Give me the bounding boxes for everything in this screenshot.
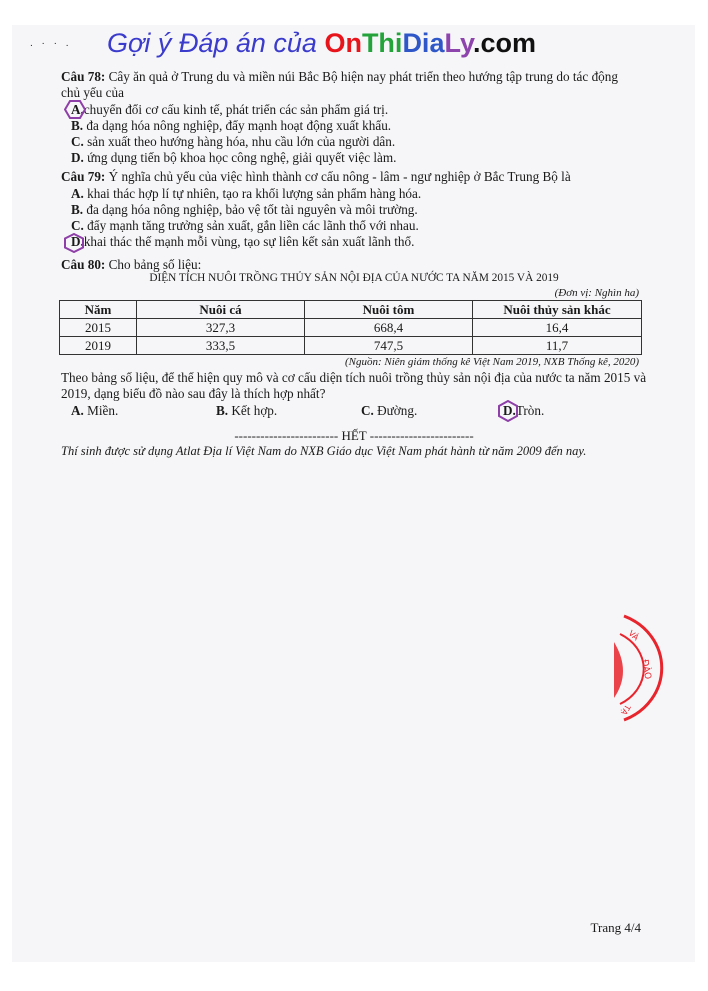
q78-stem-cont: chủ yếu của xyxy=(61,85,124,101)
table-unit: (Đơn vị: Nghìn ha) xyxy=(555,287,639,299)
scan-dots: . · · . xyxy=(30,38,72,49)
red-stamp-icon: ĐÀO VÀ TẠ xyxy=(612,612,664,724)
q80-option-b: B. Kết hợp. xyxy=(216,403,277,419)
table-row: 2019 333,5 747,5 11,7 xyxy=(60,337,642,355)
answer-marker-hexagon-icon xyxy=(64,100,86,119)
q80-stem: Câu 80: Cho bảng số liệu: xyxy=(61,257,201,273)
q79-option-d: D.khai thác thế mạnh mỗi vùng, tạo sự li… xyxy=(71,234,414,250)
q79-option-b: B. đa dạng hóa nông nghiệp, bảo vệ tốt t… xyxy=(71,202,418,218)
q80-prompt: Theo bảng số liệu, để thể hiện quy mô và… xyxy=(61,370,646,386)
page-number: Trang 4/4 xyxy=(591,920,641,936)
table-title: DIỆN TÍCH NUÔI TRỒNG THỦY SẢN NỘI ĐỊA CỦ… xyxy=(0,272,708,284)
q78-option-d: D. ứng dụng tiến bộ khoa học công nghệ, … xyxy=(71,150,396,166)
q78-option-b: B. đa dạng hóa nông nghiệp, đẩy mạnh hoạ… xyxy=(71,118,391,134)
header-fish: Nuôi cá xyxy=(137,301,305,319)
q78-stem: Câu 78: Cây ăn quả ở Trung du và miền nú… xyxy=(61,69,618,85)
q79-option-a: A. khai thác hợp lí tự nhiên, tạo ra khố… xyxy=(71,186,421,202)
exam-note: Thí sinh được sử dụng Atlat Địa lí Việt … xyxy=(61,444,586,459)
header-shrimp: Nuôi tôm xyxy=(305,301,473,319)
table-row: 2015 327,3 668,4 16,4 xyxy=(60,319,642,337)
table-header-row: Năm Nuôi cá Nuôi tôm Nuôi thủy sản khác xyxy=(60,301,642,319)
banner-lead: Gợi ý Đáp án của xyxy=(107,28,324,58)
q80-option-c: C. Đường. xyxy=(361,403,417,419)
table-source: (Nguồn: Niên giám thống kê Việt Nam 2019… xyxy=(345,356,639,368)
answer-marker-hexagon-icon xyxy=(64,233,84,253)
q80-option-a: A. Miền. xyxy=(71,403,118,419)
end-mark: ------------------------ HẾT -----------… xyxy=(0,428,708,444)
q79-stem: Câu 79: Ý nghĩa chủ yếu của việc hình th… xyxy=(61,169,571,185)
svg-text:ĐÀO: ĐÀO xyxy=(639,658,654,680)
answer-marker-hexagon-icon xyxy=(498,400,518,422)
header-other: Nuôi thủy sản khác xyxy=(473,301,642,319)
brand-logo[interactable]: OnThiDiaLy.com xyxy=(324,28,536,58)
header-year: Năm xyxy=(60,301,137,319)
data-table: Năm Nuôi cá Nuôi tôm Nuôi thủy sản khác … xyxy=(59,300,642,355)
answer-banner: Gợi ý Đáp án của OnThiDiaLy.com xyxy=(107,28,536,59)
q78-option-c: C. sản xuất theo hướng hàng hóa, nhu cầu… xyxy=(71,134,395,150)
q79-option-c: C. đẩy mạnh tăng trưởng sản xuất, gắn li… xyxy=(71,218,419,234)
q78-option-a: A.chuyển đổi cơ cấu kinh tế, phát triển … xyxy=(71,102,388,118)
q80-prompt-cont: 2019, dạng biểu đồ nào sau đây là thích … xyxy=(61,386,325,402)
